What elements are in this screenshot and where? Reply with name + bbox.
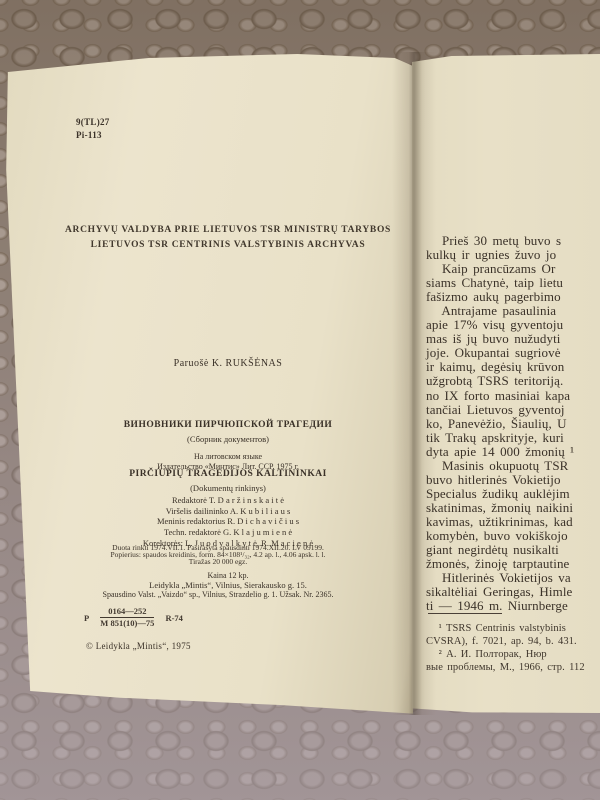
body-text-line: Specialus žudikų auklėjim: [426, 487, 600, 501]
printer-line: Spausdino Valst. „Vaizdo“ sp., Vilnius, …: [18, 590, 418, 599]
credit-line: Redaktorė T. D a r ž i n s k a i t ė: [38, 495, 418, 506]
body-text-line: žmonės, žinoję tarptautine: [426, 557, 600, 571]
lithuanian-subtitle: (Dokumentų rinkinys): [38, 483, 418, 493]
body-text-line: mas iš jų buvo nužudyti: [426, 332, 600, 346]
credit-line: Meninis redaktorius R. D i c h a v i č i…: [38, 516, 418, 527]
archive-header: ARCHYVŲ VALDYBA PRIE LIETUVOS TSR MINIST…: [38, 223, 418, 253]
compiler-line: Paruošė K. RUKŠĖNAS: [38, 358, 418, 369]
credits-block: Redaktorė T. D a r ž i n s k a i t ėVirš…: [38, 495, 418, 549]
code-suffix: R-74: [165, 613, 182, 623]
body-text-line: Hitlerinės Vokietijos va: [426, 571, 600, 585]
body-text-line: Kaip prancūzams Or: [426, 262, 600, 276]
body-text-line: no IX forto masiniai kapa: [426, 389, 600, 403]
body-text-line: tik Trakų apskrityje, kuri: [426, 431, 600, 445]
footnote-line: CVSRA), f. 7021, ap. 94, b. 431.: [426, 635, 600, 648]
body-text-line: buvo hitlerinės Vokietijo: [426, 473, 600, 487]
body-text-line: siams Chatynė, taip lietu: [426, 276, 600, 290]
body-text-line: kavimas, užtikrinimas, kad: [426, 515, 600, 529]
code-prefix: P: [84, 613, 89, 623]
body-text-line: fašizmo aukų pagerbimo: [426, 290, 600, 304]
credit-line: Techn. redaktorė G. K l a j u m i e n ė: [38, 527, 418, 538]
photo-of-open-book: 9(TL)27 Pi-113 ARCHYVŲ VALDYBA PRIE LIET…: [0, 0, 600, 800]
body-text-line: apie 17% visų gyventoju: [426, 318, 600, 332]
footnote-line: ¹ TSRS Centrinis valstybinis: [426, 622, 600, 635]
imprint-line: Tiražas 20 000 egz.: [18, 558, 418, 565]
body-text-line: ko, Panevėžio, Šiaulių, U: [426, 417, 600, 431]
catalog-code-line2: Pi-113: [76, 129, 110, 142]
price-line: Kaina 12 kp.: [38, 571, 418, 580]
left-page: 9(TL)27 Pi-113 ARCHYVŲ VALDYBA PRIE LIET…: [0, 50, 413, 715]
lithuanian-title: PIRČIUPIŲ TRAGEDIJOS KALTININKAI: [38, 469, 418, 479]
body-text-line: Antrajame pasaulinia: [426, 304, 600, 318]
body-text-line: ti — 1946 m. Niurnberge: [426, 599, 600, 613]
body-text-line: joje. Okupantai sugriovė: [426, 346, 600, 360]
footnotes-block: ¹ TSRS Centrinis valstybinis CVSRA), f. …: [426, 622, 600, 674]
body-text-line: komybėn, buvo vokiškojo: [426, 529, 600, 543]
body-text-line: Masinis okupuotų TSR: [426, 459, 600, 473]
body-text-line: dyta apie 14 000 žmonių ¹: [426, 445, 600, 459]
code-fraction: 0164—252 M 851(10)—75: [100, 606, 154, 629]
body-text-block: Prieš 30 metų buvo skulkų ir ugnies žuvo…: [426, 234, 600, 613]
footnote-divider: [428, 613, 502, 614]
catalog-code: 9(TL)27 Pi-113: [76, 116, 110, 142]
code-denominator: M 851(10)—75: [100, 618, 154, 629]
classification-code: P 0164—252 M 851(10)—75 R-74: [84, 606, 183, 629]
body-text-line: užgrobtą TSRS teritoriją.: [426, 374, 600, 388]
body-text-line: sikaltėliai Geringas, Himle: [426, 585, 600, 599]
body-text-line: giant negirdėtų nusikalti: [426, 543, 600, 557]
archive-header-line1: ARCHYVŲ VALDYBA PRIE LIETUVOS TSR MINIST…: [38, 223, 418, 238]
footnote-line: вые проблемы, М., 1966, стр. 112: [426, 661, 600, 674]
archive-header-line2: LIETUVOS TSR CENTRINIS VALSTYBINIS ARCHY…: [38, 238, 418, 253]
credit-line: Viršelis dailininko A. K u b i l i a u s: [38, 506, 418, 517]
body-text-line: tančiai Lietuvos gyventoj: [426, 403, 600, 417]
body-text-line: kulkų ir ugnies žuvo jo: [426, 248, 600, 262]
russian-subtitle: (Сборник документов): [38, 434, 418, 444]
body-text-line: ir kaimų, degėsių krūvon: [426, 360, 600, 374]
code-numerator: 0164—252: [100, 606, 154, 618]
publisher-line: Leidykla „Mintis“, Vilnius, Sierakausko …: [38, 580, 418, 590]
right-page: Prieš 30 metų buvo skulkų ir ugnies žuvo…: [412, 52, 600, 715]
copyright-line: © Leidykla „Mintis“, 1975: [86, 641, 191, 651]
footnote-line: ² А. И. Полторак, Нюр: [426, 648, 600, 661]
body-text-line: Prieš 30 metų buvo s: [426, 234, 600, 248]
russian-title: ВИНОВНИКИ ПИРЧЮПСКОЙ ТРАГЕДИИ: [38, 420, 418, 430]
russian-language-note: На литовском языке: [38, 452, 418, 462]
imprint-block: Duota rinkti 1974.VII.1. Pasirašyta spau…: [18, 544, 418, 566]
catalog-code-line1: 9(TL)27: [76, 116, 110, 129]
body-text-line: skatinimas, žmonių naikini: [426, 501, 600, 515]
